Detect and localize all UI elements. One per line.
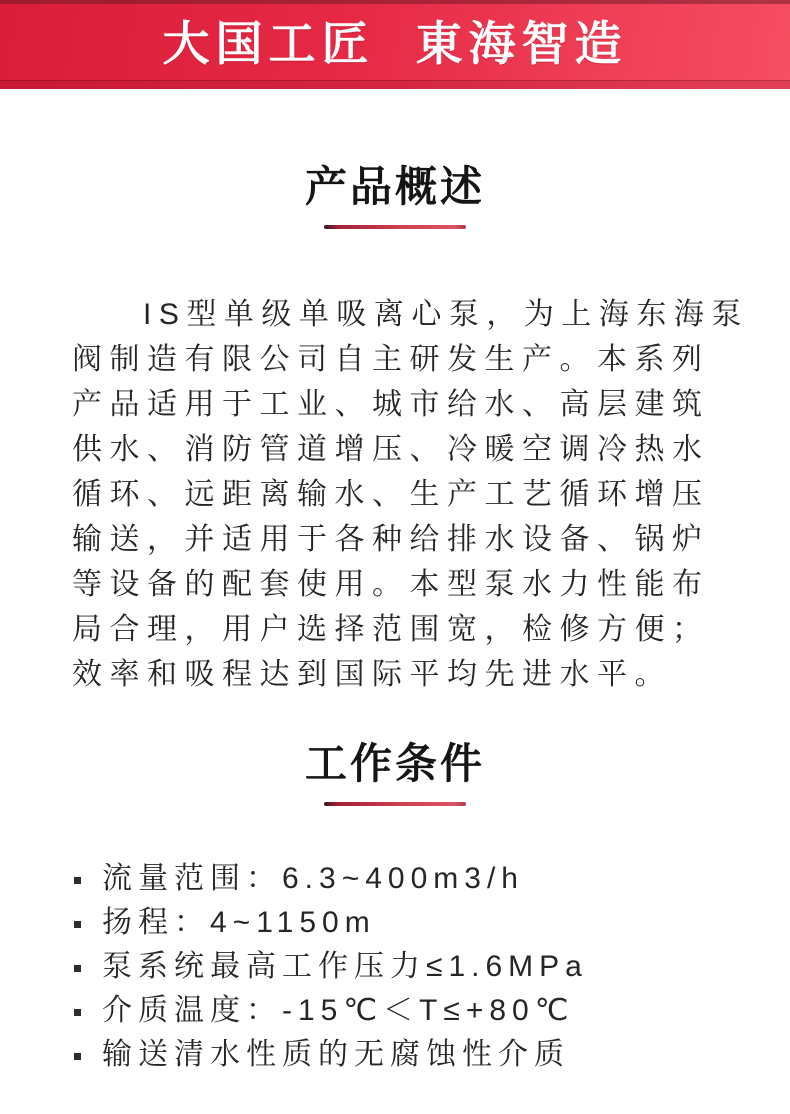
conditions-section: 工作条件 流量范围：6.3~400m3/h 扬程：4~1150m 泵系统最高工作… <box>0 743 790 1077</box>
conditions-section-title: 工作条件 <box>0 743 790 785</box>
brand-banner-title: 大国工匠 東海智造 <box>162 20 627 69</box>
condition-item: 扬程：4~1150m <box>74 901 790 945</box>
condition-item: 流量范围：6.3~400m3/h <box>74 857 790 901</box>
bullet-dot-icon <box>74 1053 81 1060</box>
condition-item: 介质温度：-15℃＜T≤+80℃ <box>74 989 790 1033</box>
condition-text: 扬程：4~1150m <box>102 901 376 945</box>
overview-paragraph-line: 阀制造有限公司自主研发生产。本系列 <box>72 337 720 382</box>
bullet-dot-icon <box>74 921 81 928</box>
condition-text: 泵系统最高工作压力≤1.6MPa <box>102 945 588 989</box>
brand-banner: 大国工匠 東海智造 <box>0 0 790 89</box>
condition-text: 流量范围：6.3~400m3/h <box>102 857 524 901</box>
condition-text: 输送清水性质的无腐蚀性介质 <box>102 1033 570 1077</box>
overview-paragraph-line: 效率和吸程达到国际平均先进水平。 <box>72 652 720 697</box>
overview-paragraph-line: IS型单级单吸离心泵，为上海东海泵 <box>72 292 720 337</box>
overview-paragraph-line: 循环、远距离输水、生产工艺循环增压 <box>72 472 720 517</box>
overview-paragraph-line: 输送，并适用于各种给排水设备、锅炉 <box>72 517 720 562</box>
bullet-dot-icon <box>74 965 81 972</box>
overview-paragraph-line: 局合理，用户选择范围宽，检修方便； <box>72 607 720 652</box>
bullet-dot-icon <box>74 1009 81 1016</box>
bullet-dot-icon <box>74 877 81 884</box>
overview-section: 产品概述 IS型单级单吸离心泵，为上海东海泵 阀制造有限公司自主研发生产。本系列… <box>0 166 790 697</box>
product-detail-page: 大国工匠 東海智造 产品概述 IS型单级单吸离心泵，为上海东海泵 阀制造有限公司… <box>0 0 790 1114</box>
overview-paragraph: IS型单级单吸离心泵，为上海东海泵 阀制造有限公司自主研发生产。本系列 产品适用… <box>72 292 720 697</box>
overview-section-title: 产品概述 <box>0 166 790 208</box>
condition-item: 泵系统最高工作压力≤1.6MPa <box>74 945 790 989</box>
overview-paragraph-line: 供水、消防管道增压、冷暖空调冷热水 <box>72 427 720 472</box>
condition-item: 输送清水性质的无腐蚀性介质 <box>74 1033 790 1077</box>
overview-paragraph-line: 产品适用于工业、城市给水、高层建筑 <box>72 382 720 427</box>
overview-paragraph-line: 等设备的配套使用。本型泵水力性能布 <box>72 562 720 607</box>
conditions-title-underline <box>324 802 466 806</box>
conditions-list: 流量范围：6.3~400m3/h 扬程：4~1150m 泵系统最高工作压力≤1.… <box>0 857 790 1077</box>
condition-text: 介质温度：-15℃＜T≤+80℃ <box>102 989 574 1033</box>
overview-title-underline <box>324 225 466 229</box>
